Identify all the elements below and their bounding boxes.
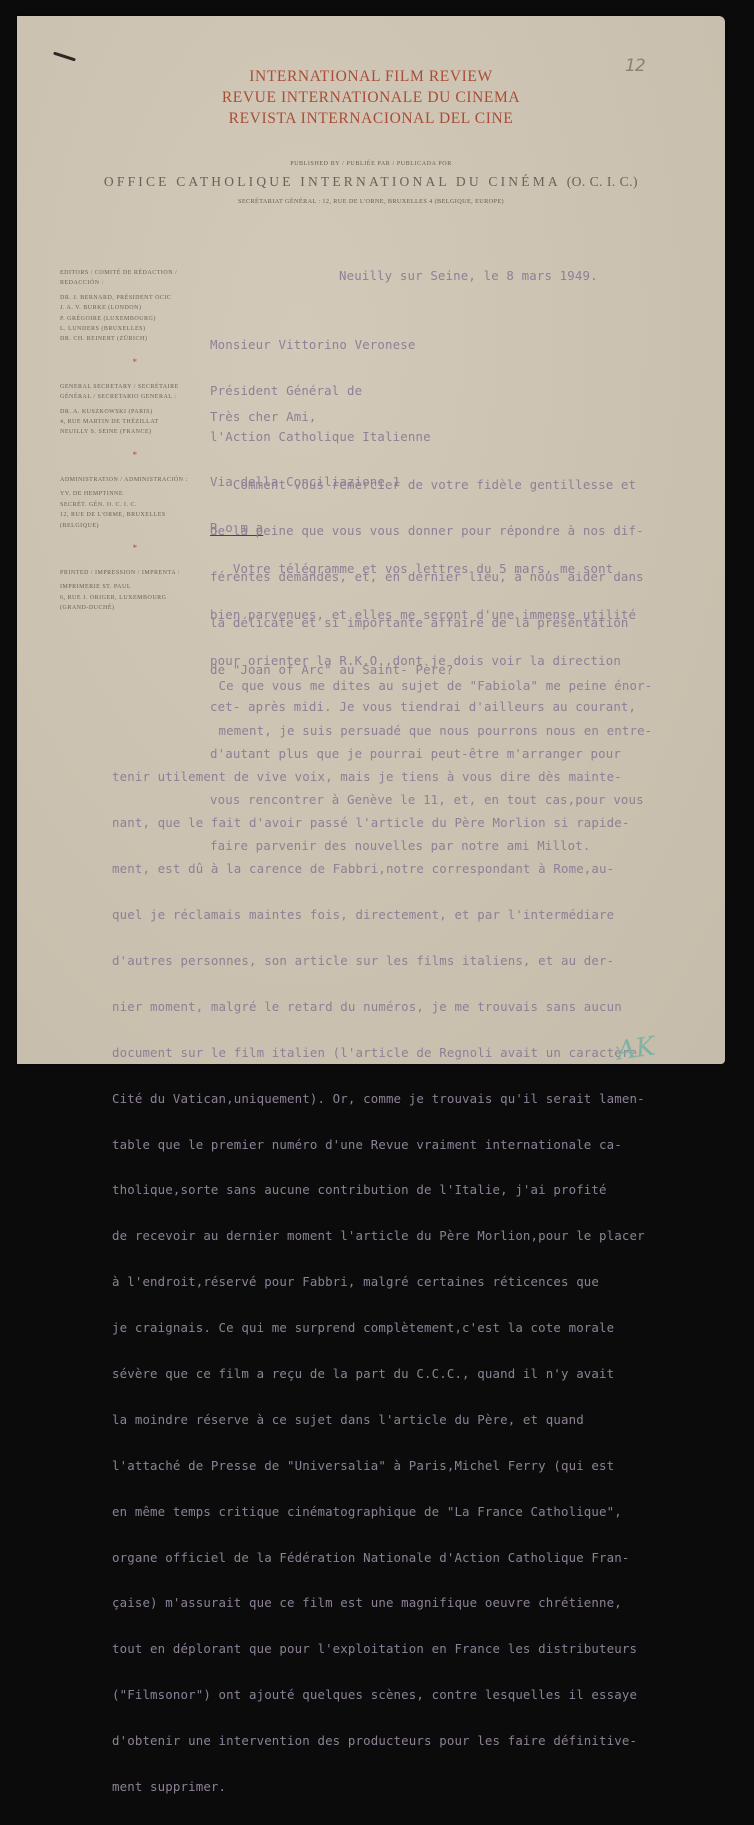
editor-line: dr. j. bernard, président ocic [60, 293, 210, 303]
separator-star-icon: * [60, 447, 210, 463]
editor-line: p. grégoire (luxembourg) [60, 314, 210, 324]
addressee-line: Président Général de [210, 383, 431, 398]
secretary-line: neuilly s. seine (france) [60, 427, 210, 437]
printed-block: printed / impression / imprenta : imprim… [60, 568, 210, 614]
editors-block: editors / comité de rédaction / redacció… [60, 268, 210, 345]
masthead-title-fr: REVUE INTERNATIONALE DU CINEMA [17, 87, 725, 108]
printer-line: imprimerie st. paul [60, 582, 210, 592]
paragraph-line: Comment vous remercier de votre fidèle g… [210, 477, 644, 492]
letter-dateline: Neuilly sur Seine, le 8 mars 1949. [339, 268, 598, 283]
publisher-full-name: OFFICE CATHOLIQUE INTERNATIONAL DU CINÉM… [104, 174, 560, 189]
general-secretary-heading: general secretary / secrétaire général /… [60, 382, 210, 403]
secretary-line: dr. a. kuszkowski (paris) [60, 407, 210, 417]
paragraph-line: Ce que vous me dites au sujet de "Fabiol… [112, 678, 652, 693]
paragraph-line: d'autres personnes, son article sur les … [112, 953, 652, 968]
printed-heading: printed / impression / imprenta : [60, 568, 210, 578]
paragraph-line: ment, est dû à la carence de Fabbri,notr… [112, 861, 652, 876]
separator-star-icon: * [60, 354, 210, 370]
paragraph-line: document sur le film italien (l'article … [112, 1045, 652, 1060]
paragraph-line: Votre télégramme et vos lettres du 5 mar… [210, 561, 644, 576]
paragraph-line: quel je réclamais maintes fois, directem… [112, 907, 652, 922]
general-secretary-block: general secretary / secrétaire général /… [60, 382, 210, 438]
separator-star-icon: * [60, 540, 210, 556]
secretary-line: 4, rue martin de thézillat [60, 417, 210, 427]
addressee-line: l'Action Catholique Italienne [210, 429, 431, 444]
administration-heading: administration / administración : [60, 475, 210, 485]
paragraph-line: tenir utilement de vive voix, mais je ti… [112, 769, 652, 784]
editor-line: dr. ch. reinert (zürich) [60, 334, 210, 344]
printer-line: (grand-duché) [60, 603, 210, 613]
editor-line: l. lunders (bruxelles) [60, 324, 210, 334]
administration-line: (belgique) [60, 521, 210, 531]
editor-line: j. a. v. burke (london) [60, 303, 210, 313]
handwritten-initials: AK [615, 1031, 657, 1066]
publisher-abbreviation: (O. C. I. C.) [567, 174, 638, 189]
pen-mark [53, 52, 76, 62]
masthead-title-es: REVISTA INTERNACIONAL DEL CINE [17, 108, 725, 129]
paragraph-line: nier moment, malgré le retard du numéros… [112, 999, 652, 1014]
administration-line: 12, rue de l'orme, bruxelles [60, 510, 210, 520]
administration-line: secrét. gén. o. c. i. c. [60, 500, 210, 510]
letter-paragraph-3: Ce que vous me dites au sujet de "Fabiol… [112, 647, 652, 1080]
letter-salutation: Très cher Ami, [210, 409, 317, 424]
administration-line: yv. de hemptinne [60, 489, 210, 499]
secretariat-address: secrétariat général : 12, rue de l'orne,… [17, 198, 725, 205]
editors-heading: editors / comité de rédaction / redacció… [60, 268, 210, 289]
paragraph-line: mement, je suis persuadé que nous pourro… [112, 723, 652, 738]
paragraph-line: nant, que le fait d'avoir passé l'articl… [112, 815, 652, 830]
publisher-name: OFFICE CATHOLIQUE INTERNATIONAL DU CINÉM… [17, 174, 725, 190]
letter-page: 12 INTERNATIONAL FILM REVIEW REVUE INTER… [17, 16, 725, 1064]
masthead: INTERNATIONAL FILM REVIEW REVUE INTERNAT… [17, 66, 725, 129]
addressee-line: Monsieur Vittorino Veronese [210, 337, 431, 352]
paragraph-line: bien parvenues, et elles me seront d'une… [210, 607, 644, 622]
published-by-line: published by / publiée par / publicada p… [17, 161, 725, 167]
masthead-title-en: INTERNATIONAL FILM REVIEW [17, 66, 725, 87]
letterhead-sidebar: editors / comité de rédaction / redacció… [60, 268, 210, 614]
administration-block: administration / administración : yv. de… [60, 475, 210, 531]
printer-line: 6, rue j. origer, luxembourg [60, 593, 210, 603]
